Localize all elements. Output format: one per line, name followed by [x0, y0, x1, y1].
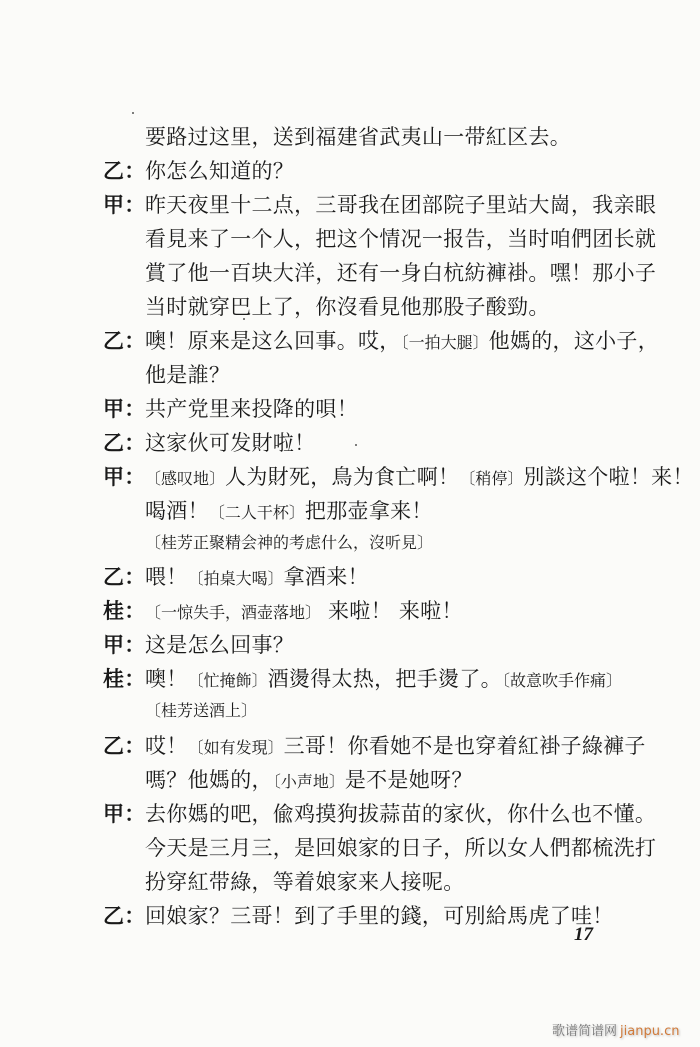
dialogue-line: 賞了他一百块大洋，还有一身白杭紡褲褂。嘿！那小子 [145, 258, 656, 288]
stage-direction: 〔忙掩飾〕 [188, 671, 268, 690]
line-text: 嗎？他媽的， [145, 768, 273, 792]
dialogue-line: 要路过这里，送到福建省武夷山一带紅区去。 [145, 122, 571, 152]
speaker-label: 甲： [103, 190, 145, 220]
line-text: 当时就穿巴上了，你沒看見他那股子酸勁。 [145, 295, 550, 319]
line-text: 昨天夜里十二点，三哥我在团部院子里站大崗，我亲眼 [145, 193, 656, 217]
dialogue-line: 桂：噢！〔忙掩飾〕酒燙得太热，把手燙了。〔故意吹手作痛〕 [103, 664, 622, 694]
line-text: 別談这个啦！来！ [523, 465, 693, 489]
line-text: 他媽的，这小子， [489, 329, 659, 353]
speaker-label: 乙： [103, 428, 145, 458]
dialogue-line: 甲：去你媽的吧，偸鸡摸狗拔蒜苗的家伙，你什么也不懂。 [103, 799, 656, 829]
line-text: 把那壶拿来！ [305, 499, 433, 523]
stage-direction: 〔二人干杯〕 [209, 503, 305, 522]
dialogue-line: 乙：噢！原来是这么回事。哎，〔一拍大腿〕他媽的，这小子， [103, 326, 659, 356]
dialogue-line: 扮穿紅带綠，等着娘家来人接呢。 [145, 867, 465, 897]
line-text: 今天是三月三，是回娘家的日子，所以女人們都梳洗打 [145, 836, 656, 860]
dialogue-line: 甲：共产党里来投降的唄！ [103, 394, 358, 424]
line-text: 去你媽的吧，偸鸡摸狗拔蒜苗的家伙，你什么也不懂。 [145, 802, 656, 826]
stage-direction: 〔桂芳送酒上〕 [145, 701, 257, 720]
line-text: 哎！ [145, 734, 188, 758]
dialogue-line: 甲：〔感叹地〕人为財死，鳥为食亡啊！〔稍停〕別談这个啦！来！ [103, 462, 694, 492]
dialogue-line: 甲：这是怎么回事？ [103, 630, 294, 660]
line-text: 共产党里来投降的唄！ [145, 397, 358, 421]
line-text: 噢！ [145, 667, 188, 691]
dialogue-line: 乙：哎！〔如有发現〕三哥！你看她不是也穿着紅褂子綠褲子 [103, 731, 646, 761]
watermark-site-name: 歌谱简谱网 [552, 1024, 617, 1039]
dialogue-line: 乙：你怎么知道的？ [103, 156, 294, 186]
book-page: 要路过这里，送到福建省武夷山一带紅区去。 乙：你怎么知道的？ 甲：昨天夜里十二点… [0, 0, 700, 1047]
speaker-label: 甲： [103, 799, 145, 829]
line-text: 噢！原来是这么回事。哎， [145, 329, 401, 353]
line-text: 你怎么知道的？ [145, 159, 294, 183]
speaker-label: 甲： [103, 394, 145, 424]
stage-direction: 〔桂芳正聚精会神的考虑什么，沒听見〕 [145, 533, 433, 552]
speaker-label: 甲： [103, 630, 145, 660]
dialogue-line: 乙：这家伙可发財啦！ [103, 428, 315, 458]
stage-direction: 〔稍停〕 [459, 469, 523, 488]
line-text: 是不是她呀？ [345, 768, 473, 792]
line-text: 酒燙得太热，把手燙了。 [268, 667, 502, 691]
stage-direction: 〔一拍大腿〕 [401, 333, 489, 352]
speaker-label: 桂： [103, 664, 145, 694]
line-text: 賞了他一百块大洋，还有一身白杭紡褲褂。嘿！那小子 [145, 261, 656, 285]
stage-direction: 〔一惊失手，酒壶落地〕 [145, 603, 321, 622]
stage-direction-line: 〔桂芳送酒上〕 [145, 696, 257, 726]
stage-direction: 〔感叹地〕 [145, 469, 225, 488]
line-text: 喝酒！ [145, 499, 209, 523]
line-text: 三哥！你看她不是也穿着紅褂子綠褲子 [284, 734, 646, 758]
scan-speck [355, 444, 357, 446]
line-text: 他是誰？ [145, 363, 230, 387]
speaker-label: 甲： [103, 462, 145, 492]
page-number: 17 [574, 924, 593, 946]
line-text: 来啦！ 来啦！ [321, 599, 463, 623]
dialogue-line: 今天是三月三，是回娘家的日子，所以女人們都梳洗打 [145, 833, 656, 863]
stage-direction: 〔如有发現〕 [188, 738, 284, 757]
dialogue-line: 当时就穿巴上了，你沒看見他那股子酸勁。 [145, 292, 550, 322]
line-text: 喂！ [145, 565, 188, 589]
speaker-label: 乙： [103, 901, 145, 931]
line-text: 这家伙可发財啦！ [145, 431, 315, 455]
speaker-label: 乙： [103, 562, 145, 592]
speaker-label: 乙： [103, 156, 145, 186]
speaker-label: 桂： [103, 596, 145, 626]
dialogue-line: 喝酒！〔二人干杯〕把那壶拿来！ [145, 496, 433, 526]
line-text: 回娘家？三哥！到了手里的錢，可別給馬虎了哇！ [145, 904, 614, 928]
line-text: 拿酒来！ [284, 565, 369, 589]
dialogue-line: 乙：喂！〔拍桌大喝〕拿酒来！ [103, 562, 369, 592]
line-text: 扮穿紅带綠，等着娘家来人接呢。 [145, 870, 465, 894]
line-text: 人为財死，鳥为食亡啊！ [225, 465, 459, 489]
watermark: 歌谱简谱网jianpu.cn [552, 1020, 679, 1039]
stage-direction-line: 〔桂芳正聚精会神的考虑什么，沒听見〕 [145, 528, 433, 558]
dialogue-line: 他是誰？ [145, 360, 230, 390]
speaker-label: 乙： [103, 326, 145, 356]
scan-speck [243, 318, 245, 320]
dialogue-line: 看見来了一个人，把这个情况一报告，当时咱們团长就 [145, 224, 656, 254]
speaker-label: 乙： [103, 731, 145, 761]
dialogue-line: 甲：昨天夜里十二点，三哥我在团部院子里站大崗，我亲眼 [103, 190, 656, 220]
dialogue-line: 桂：〔一惊失手，酒壶落地〕 来啦！ 来啦！ [103, 596, 463, 626]
watermark-domain: jianpu.cn [620, 1024, 679, 1039]
line-text: 看見来了一个人，把这个情况一报告，当时咱們团长就 [145, 227, 656, 251]
dialogue-line: 乙：回娘家？三哥！到了手里的錢，可別給馬虎了哇！ [103, 901, 614, 931]
stage-direction: 〔小声地〕 [273, 772, 345, 791]
scan-speck [132, 112, 134, 114]
stage-direction: 〔拍桌大喝〕 [188, 569, 284, 588]
dialogue-line: 嗎？他媽的，〔小声地〕是不是她呀？ [145, 765, 473, 795]
line-text: 这是怎么回事？ [145, 633, 294, 657]
line-text: 要路过这里，送到福建省武夷山一带紅区去。 [145, 125, 571, 149]
stage-direction: 〔故意吹手作痛〕 [502, 671, 622, 690]
